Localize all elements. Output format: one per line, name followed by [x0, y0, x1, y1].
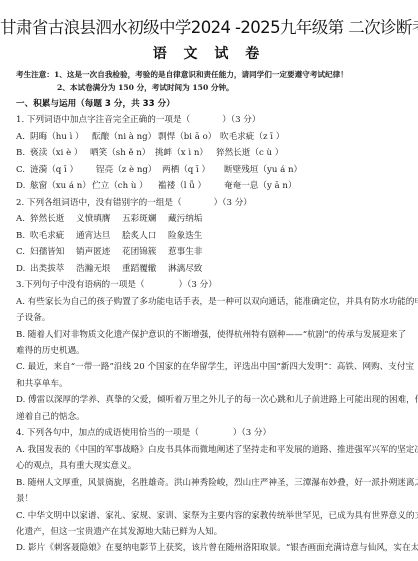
- question-2-option-d: D.出类拔萃浩瀚无垠重蹈覆辙淋漓尽致: [16, 262, 412, 274]
- question-4-option-b-line-1: B. 随州人文厚重，风景旖旎，名胜雄奇。洪山神秀险峻，烈山庄严神圣，三潭瀑布妙叠…: [16, 476, 412, 488]
- question-3-option-d-line-1: D. 傅雷以深厚的学养、真挚的父爱，倾听着万里之外儿子的每一次心跳和儿子前进路上…: [16, 393, 412, 405]
- question-score: ）（3 分）: [222, 115, 260, 125]
- question-2-option-a: A.猝然长逝义愤填膺五彩斑斓藏污纳垢: [16, 212, 412, 224]
- question-1-option-b: B.亵渎（xi è ）哂笑（sh ě n）挑衅（x ì n）猝然长逝（c ù ）: [16, 146, 412, 158]
- question-3-option-b-line-2: 难得的历史机遇。: [16, 344, 412, 356]
- notice-label: 考生注意：: [16, 70, 54, 79]
- option-item: 涟漪（q ī ）: [30, 163, 96, 175]
- question-4-option-c-line-2: 化遗产，但这一宝贵遗产在其发源地大陆已鲜为人知。: [16, 525, 412, 537]
- option-item: 两栖（q ī ）: [162, 163, 224, 175]
- question-3-option-c-line-1: C. 最近，来自“一带一路”沿线 20 个国家的在华留学生，评选出中国“新四大发…: [16, 360, 412, 372]
- option-item: 重蹈覆辙: [122, 262, 168, 274]
- option-label: C.: [16, 247, 30, 257]
- question-1-option-c: C.涟漪（q ī ）锃亮（z è ng）两栖（q ī ）断壁残垣（yu á n）: [16, 163, 412, 175]
- question-stem-text: 4. 下列各句中，加点的成语使用恰当的一项是（: [16, 428, 199, 438]
- option-item: 锃亮（z è ng）: [96, 163, 162, 175]
- question-3-option-c-line-2: 和共享单车。: [16, 377, 412, 389]
- option-item: 剽悍（bi ā o）: [158, 130, 220, 142]
- option-item: 吹毛求疵（z ī ）: [220, 130, 284, 142]
- question-4-stem: 4. 下列各句中，加点的成语使用恰当的一项是（）（3 分）: [16, 426, 412, 438]
- question-3-option-d-line-2: 递着自己的惦念。: [16, 410, 412, 422]
- option-item: 花团锦簇: [122, 245, 168, 257]
- option-item: 吹毛求疵: [30, 229, 76, 241]
- option-label: D.: [16, 264, 30, 274]
- question-score: ）（3 分）: [179, 280, 217, 290]
- option-item: 褴褛（l ǚ ）: [158, 179, 224, 191]
- option-item: 阴晦（hu ì ）: [30, 130, 92, 142]
- section-heading: 一、积累与运用（每题 3 分，共 33 分）: [16, 97, 412, 109]
- question-2-option-c: C.妇孺皆知销声匿迹花团锦簇惹事生非: [16, 245, 412, 257]
- option-item: 亵渎（xi è ）: [30, 146, 90, 158]
- question-3-option-a-line-2: 子设备。: [16, 311, 412, 323]
- question-4-option-a-line-1: A. 我国发表的《中国的军事战略》白皮书具体而微地阐述了坚持走和平发展的道路、推…: [16, 443, 412, 455]
- option-item: 出类拔萃: [30, 262, 76, 274]
- option-item: 挑衅（x ì n）: [155, 146, 216, 158]
- option-item: 伫立（ch ù ）: [92, 179, 158, 191]
- notice-line-2: 2、本试卷满分为 150 分，考试时间为 150 分钟。: [16, 81, 416, 94]
- option-item: 酝酿（ni à ng）: [92, 130, 158, 142]
- option-label: C.: [16, 165, 30, 175]
- question-4-option-b-line-2: 景！: [16, 492, 412, 504]
- question-1-stem: 1. 下列词语中加点字注音完全正确的一项是（）（3 分）: [16, 113, 412, 125]
- option-item: 义愤填膺: [76, 212, 122, 224]
- option-item: 奄奄一息（y ā n）: [224, 179, 297, 191]
- question-stem-text: 3.下列句子中没有语病的一项是（: [16, 280, 145, 290]
- option-label: A.: [16, 214, 30, 224]
- exam-page: 甘肃省古浪县泗水初级中学2024 -2025九年级第 二次诊断考试 语 文 试 …: [0, 0, 418, 561]
- exam-subtitle: 语 文 试 卷: [0, 43, 418, 63]
- question-3-option-b-line-1: B. 随着人们对非物质文化遗产保护意识的不断增强，使得杭州特有剧种——“杭剧”的…: [16, 328, 412, 340]
- option-item: 通宵达旦: [76, 229, 122, 241]
- option-label: A.: [16, 132, 30, 142]
- exam-title: 甘肃省古浪县泗水初级中学2024 -2025九年级第 二次诊断考试: [0, 14, 418, 38]
- question-1-option-d: D.舷窗（xu á n）伫立（ch ù ）褴褛（l ǚ ）奄奄一息（y ā n）: [16, 179, 412, 191]
- question-4-option-a-line-2: 心的观点，具有重大现实意义。: [16, 459, 412, 471]
- option-item: 淋漓尽致: [168, 262, 202, 274]
- question-score: ）（3 分）: [233, 428, 271, 438]
- notice-text-1: 1、这是一次自我检验，考验的是自律意识和责任能力，请同学们一定要遵守考试纪律！: [54, 70, 348, 79]
- question-3-option-a-line-1: A. 有些家长为自己的孩子购置了多功能电话手表，是一种可以双向通话，能准确定位，…: [16, 295, 412, 307]
- question-3-stem: 3.下列句子中没有语病的一项是（）（3 分）: [16, 278, 412, 290]
- option-item: 浩瀚无垠: [76, 262, 122, 274]
- option-item: 五彩斑斓: [122, 212, 168, 224]
- question-2-option-b: B.吹毛求疵通宵达旦脍炙人口险象迭生: [16, 229, 412, 241]
- option-item: 断壁残垣（yu á n）: [224, 163, 302, 175]
- question-stem-text: 2. 下列各组词语中，没有错别字的一组是（: [16, 198, 182, 208]
- option-item: 藏污纳垢: [168, 212, 202, 224]
- question-stem-text: 1. 下列词语中加点字注音完全正确的一项是（: [16, 115, 190, 125]
- option-label: B.: [16, 148, 30, 158]
- option-item: 惹事生非: [168, 245, 202, 257]
- question-4-option-d-line-1: D. 影片《刺客聂隐娘》在戛纳电影节上获奖，该片曾在随州洛阳取景。“银杏画面充满…: [16, 541, 412, 553]
- option-item: 舷窗（xu á n）: [30, 179, 92, 191]
- option-item: 险象迭生: [168, 229, 202, 241]
- option-label: D.: [16, 181, 30, 191]
- question-2-stem: 2. 下列各组词语中，没有错别字的一组是（）（3 分）: [16, 196, 412, 208]
- option-item: 猝然长逝: [30, 212, 76, 224]
- option-item: 销声匿迹: [76, 245, 122, 257]
- option-label: B.: [16, 231, 30, 241]
- option-item: 妇孺皆知: [30, 245, 76, 257]
- option-item: 猝然长逝（c ù ）: [216, 146, 283, 158]
- exam-notice: 考生注意：1、这是一次自我检验，考验的是自律意识和责任能力，请同学们一定要遵守考…: [16, 68, 416, 94]
- option-item: 脍炙人口: [122, 229, 168, 241]
- option-item: 哂笑（sh ě n）: [90, 146, 155, 158]
- notice-line-1: 考生注意：1、这是一次自我检验，考验的是自律意识和责任能力，请同学们一定要遵守考…: [16, 68, 416, 81]
- question-4-option-c-line-1: C. 中华文明中以家谱、家礼、家规、家训、家祭为主要内容的家教传统举世罕见，已成…: [16, 509, 412, 521]
- question-score: ）（3 分）: [214, 198, 252, 208]
- question-1-option-a: A.阴晦（hu ì ）酝酿（ni à ng）剽悍（bi ā o）吹毛求疵（z ī…: [16, 130, 412, 142]
